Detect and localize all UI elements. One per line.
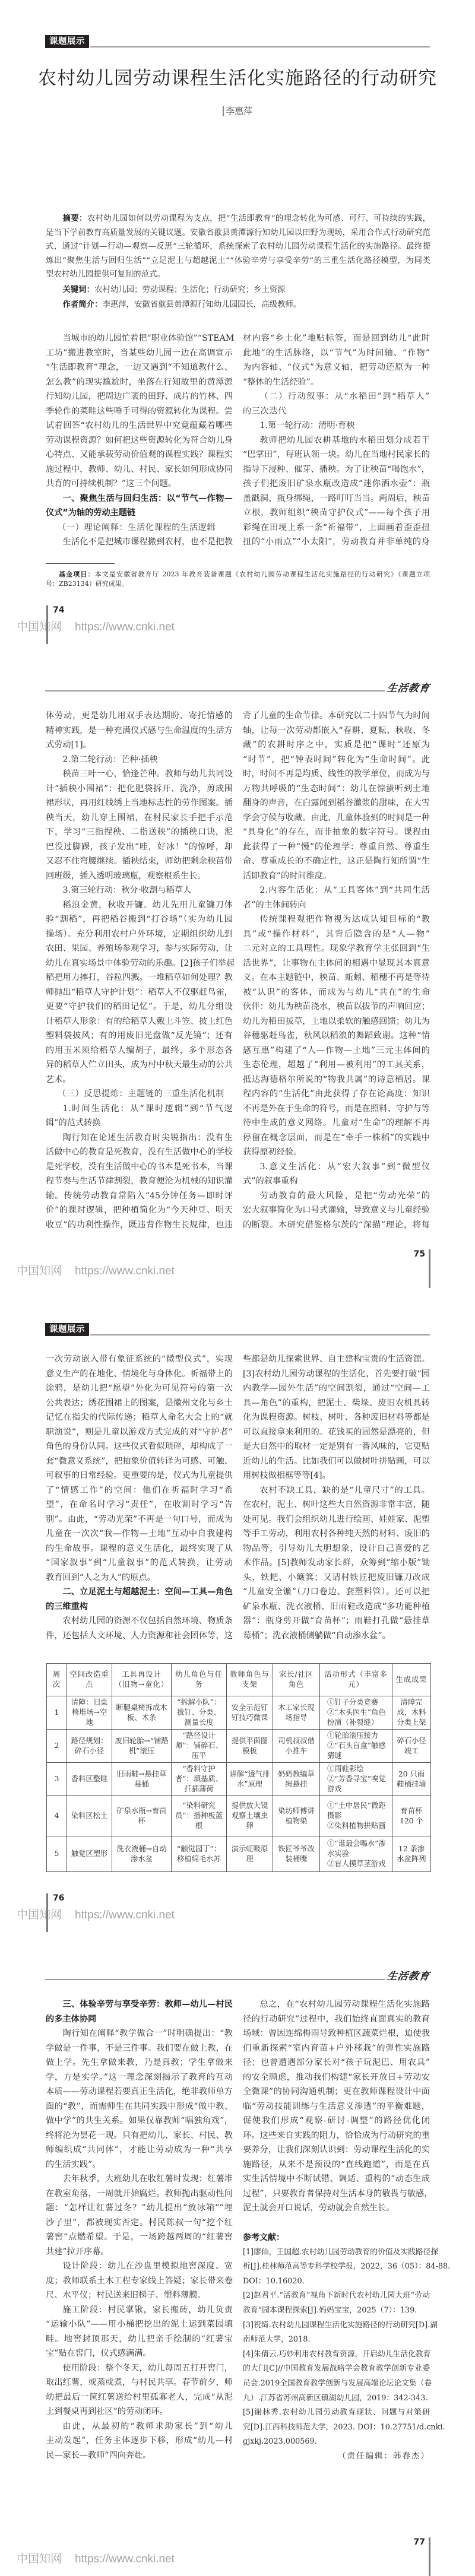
body-line: 近幼儿的生活。比如我们可以做树叶拼贴画，可以 bbox=[243, 1454, 430, 1469]
body-line: 农村不缺工具，缺的是“儿童尺寸”的工具。 bbox=[243, 1483, 430, 1498]
reference-line: 析[J].桂林师范高等专科学校学报，2022，36（05）：84-88. bbox=[243, 2260, 430, 2274]
body-line: 扭的“小雨点”“小太阳”，劳动教育并非单纯的身 bbox=[243, 535, 430, 550]
table-cell-space: 清障：旧桌椅堆场→空地 bbox=[67, 1696, 112, 1730]
table-cell-result: 育苗杯 120 个 bbox=[392, 1796, 431, 1836]
body-line: 计“插秧小围裙”：把化肥袋拆开、洗净，剪成围 bbox=[46, 782, 233, 797]
body-line: 职演说”，则是儿童以游戏方式完成的对“守护者” bbox=[46, 1425, 233, 1440]
references: 参考文献： [1]廖仙，王国超.农村幼儿园劳动教育的价值及实践路径探 析[J].… bbox=[243, 2231, 430, 2450]
watermark: 中国知网https://www.cnki.net bbox=[17, 1906, 175, 1922]
header-rule bbox=[45, 1979, 385, 1980]
table-cell-tool: 断腿桌椅拆成木板、木条 bbox=[112, 1696, 172, 1730]
table-cell-child-role: “香料守护者”：填基质、扦插薄荷 bbox=[172, 1763, 227, 1796]
body-line: 孩子们把废旧矿泉水瓶改造成“迷你洒水壶”：瓶 bbox=[243, 477, 430, 491]
reference-line: DOI：10.16020. bbox=[243, 2274, 430, 2289]
footnote-rule bbox=[46, 563, 115, 564]
header-rule bbox=[90, 1334, 430, 1335]
body-line: 共建”拉开序幕。 bbox=[46, 2245, 233, 2260]
body-line: 教师把幼儿园农耕基地的水稻田划分成若干 bbox=[243, 433, 430, 448]
activity-item: ②“木头医生”角色扮演（补裂缝） bbox=[322, 1708, 389, 1728]
body-line: 的安全顾虑，推动我们构建“家长开放日+劳动安 bbox=[243, 2070, 430, 2085]
body-line: 抵达海德格尔所说的“物我共属”的诗意栖居。课 bbox=[243, 1073, 430, 1087]
page-number: 75 bbox=[408, 1249, 425, 1259]
body-line: 主动发起”，任务主体逐步下移，形成“幼儿—村 bbox=[46, 2434, 233, 2448]
table-cell-space: 香料区整畦 bbox=[67, 1763, 112, 1796]
table-cell-community-role: 铁匠爷爷改装桶嘴 bbox=[273, 1836, 320, 1872]
table-cell-community-role: 司机叔叔借小推车 bbox=[273, 1730, 320, 1763]
activity-item: ②“石头盲盒”触感猜谜 bbox=[322, 1741, 389, 1761]
body-line: “国家叙事”到“儿童叙事”的范式转换，让劳动 bbox=[46, 1556, 233, 1571]
body-line: 尺、水平仪；村民送来旧梯子、塑料薄膜。 bbox=[46, 2288, 233, 2303]
footnote: 基金项目：本文是安徽省教育厅 2023 年教育装备课题《农村幼儿园劳动课程生活化… bbox=[46, 570, 430, 588]
body-line: 材内容“乡土化”地贴标签，而是回到幼儿“此时 bbox=[243, 331, 430, 346]
body-line: 幼儿为稻田拔草，土地以柔软的触感回馈；幼儿为 bbox=[243, 1014, 430, 1029]
page-77: 生活教育 三、体验辛劳与享受辛劳：教师—幼儿—村民 的多主体协同 陶行知在阐释“… bbox=[0, 1932, 475, 2576]
author-bio-text: 李惠萍，安徽省歙县黄潭源行知幼儿园园长，高级教师。 bbox=[102, 300, 301, 309]
body-line: 共育的可持续机制？”这三个问题。 bbox=[46, 477, 233, 491]
step-heading: 2.内容生活化：从“工具客体”到“共同生活 bbox=[243, 883, 430, 898]
body-line: 稻浪金黄，秋收开镰。幼儿先用儿童镰刀体 bbox=[46, 898, 233, 913]
body-line: 盖戳洞、瓶身绑绳，一路叮叮当当。两周后，秧苗 bbox=[243, 491, 430, 506]
body-line: 了“情感工作”的空间：他们在祈福时学习“希 bbox=[46, 1483, 233, 1498]
body-line: 题：“怎样让红薯过冬？”幼儿提出“放冰箱”“埋 bbox=[46, 2201, 233, 2216]
abstract-line: 炼出“聚焦生活与回归生活”“立足泥土与超越泥土”“体验辛劳与享受辛劳”的三重生活… bbox=[46, 254, 430, 268]
activity-item: ②染料植物拼贴画 bbox=[322, 1821, 389, 1831]
table-cell-teacher-role: 安全示范钉钉技巧微课 bbox=[227, 1696, 273, 1730]
table-cell-child-role: “路径设计师”：铺碎石、压平 bbox=[172, 1730, 227, 1763]
author-name: 李惠萍 bbox=[226, 106, 252, 116]
watermark: 中国知网https://www.cnki.net bbox=[17, 1262, 175, 1278]
body-line: “整体的生活经验”。 bbox=[243, 375, 430, 390]
table-header-activities: 活动形式（丰富多元） bbox=[320, 1664, 392, 1696]
body-line: “具身化”的存在，而非抽象的数字符号。课程由 bbox=[243, 825, 430, 840]
body-line: 学，方是实学。”这一理念深刻揭示了教育的互动 bbox=[46, 2070, 233, 2085]
reference-line: 南师范大学，2018. bbox=[243, 2333, 430, 2347]
table-cell-week: 5 bbox=[47, 1836, 67, 1872]
body-line: 环。这些来自实践的阻力，恰恰成为行动研究的重 bbox=[243, 2128, 430, 2143]
body-line: 具—角色”的重构，把泥土、柴垛、废旧农机具转 bbox=[243, 1396, 430, 1411]
body-line: 角色的身份认同。这些仪式看似琐碎，却构成了一 bbox=[46, 1439, 233, 1454]
body-line: “生活即教育”理念，一边又遇到“不知道教什么、 bbox=[46, 360, 233, 375]
abstract-line: 型农村幼儿园提供可复制的范式。 bbox=[46, 268, 430, 282]
body-line: [3]农村幼儿园劳动课程的生活化，首先要打破“园 bbox=[243, 1367, 430, 1382]
reference-line: gjxkj.2023.000569. bbox=[243, 2435, 430, 2450]
watermark-brand: 中国知网 bbox=[17, 620, 62, 633]
watermark-url: https://www.cnki.net bbox=[75, 1265, 175, 1277]
body-line: 具”或“操作材料”，其背后隐含的是“人—物” bbox=[243, 927, 430, 942]
abstract-label: 摘要： bbox=[63, 214, 87, 223]
reference-line: [2]赵君平.“活教育”视角下新时代农村幼儿园大班“劳动 bbox=[243, 2289, 430, 2304]
activity-item: ②盲人摸草茎游戏 bbox=[322, 1859, 389, 1869]
activity-item: ①“土中居民”微距摄影 bbox=[322, 1801, 389, 1821]
body-line: 使用阶段：整个冬天，幼儿每周五打开窖门， bbox=[46, 2361, 233, 2376]
body-line: 输。传统劳动教育常陷入“45分钟任务—即时评 bbox=[46, 1189, 233, 1204]
table-cell-space: 路径规划：碎石小径 bbox=[67, 1730, 112, 1763]
responsible-editor: （责任编辑：韩春杰） bbox=[243, 2449, 430, 2463]
table-header-tool: 工具再设计（旧物→童化） bbox=[112, 1664, 172, 1696]
column-tag: 课题展示 bbox=[45, 35, 89, 48]
weekly-plan-table: 周次 空间改造重点 工具再设计（旧物→童化） 幼儿角色与任务 教师角色与支架 家… bbox=[46, 1663, 431, 1872]
body-line: 儿童在一次次“我—作物—土地”互动中自我建构 bbox=[46, 1527, 233, 1541]
table-row: 5 触觉区塑形 洗衣液桶→自动渗水盆 “触觉园丁”：移植绵毛水苏 演示虹吸原理 … bbox=[47, 1836, 431, 1872]
table-cell-week: 3 bbox=[47, 1763, 67, 1796]
page-number-bar bbox=[429, 1249, 430, 1288]
body-line: 农村幼儿园的资源不仅包括自然环境、物质条 bbox=[46, 1614, 233, 1629]
body-line: 藏”的农耕时序之中，实质是把“课时”还原为 bbox=[243, 738, 430, 753]
table-cell-result: 碎石小径竣工 bbox=[392, 1730, 431, 1763]
step-heading: 3.意义生活化：从“宏大叙事”到“微型仪 bbox=[243, 1160, 430, 1175]
body-line: 时，时间不再是均质、线性的教学单位，而成为与 bbox=[243, 767, 430, 782]
body-line: 试着回答“农村幼儿的生活世界中究竟蕴藏着哪些 bbox=[46, 418, 233, 433]
body-line: 头、铁耙、小簸箕；又请村铁匠把废旧镰刀改成 bbox=[243, 1571, 430, 1585]
article-title: 农村幼儿园劳动课程生活化实施路径的行动研究 bbox=[36, 66, 439, 90]
body-line: 施过程中，教师、幼儿、村民、家长如何形成协同 bbox=[46, 462, 233, 477]
body-line: 去年秋季，大班幼儿在收红薯时发现：红薯堆 bbox=[46, 2172, 233, 2187]
body-line: 的生活实践”。 bbox=[46, 2158, 233, 2172]
body-line: 矿泉水瓶、洗衣液桶、旧雨鞋改造成“多功能种植 bbox=[243, 1600, 430, 1614]
body-line: 径的行动研究”过程中，我们始终直面真实的教育 bbox=[243, 2012, 430, 2027]
body-line: 陶行知在阐释“教学做合一”时明确提出：“教 bbox=[46, 2026, 233, 2041]
subsection-heading: （三）反思提炼：主题链的三重生活化机制 bbox=[46, 1087, 233, 1102]
body-line: 取出红薯，或蒸或煮，与村民共享。春节前夕，师 bbox=[46, 2375, 233, 2390]
body-line: 的用玉米须给稻草人编胡子，最终，多个形态各 bbox=[46, 1043, 233, 1058]
author-bio-label: 作者简介： bbox=[63, 300, 103, 309]
page-75: 生活教育 体劳动，更是幼儿用双手表达期盼、寄托情感的 精神实践，是一种充满仪式感… bbox=[0, 644, 475, 1288]
body-line: 可叙事的日常经验。更重要的是，仪式为儿童提供 bbox=[46, 1468, 233, 1483]
body-line: 别”。由此，“劳动光荣”不再是一句口号，而成为 bbox=[46, 1512, 233, 1527]
body-line: 薯窖”点燃希望。于是，一场跨越两周的“红薯窖 bbox=[46, 2230, 233, 2245]
body-line: 巴没过脚踝，孩子发出“哇，好冰！”的惊呼，却 bbox=[46, 840, 233, 855]
table-cell-community-role: 奶奶教编草绳悬挂 bbox=[273, 1763, 320, 1796]
page-76: 课题展示 一次劳动嵌入带有象征系统的“微型仪式”，实现 意义生产的在地化、情境化… bbox=[0, 1288, 475, 1932]
body-line: 背了儿童的生命节律。本研究以二十四节气为时间 bbox=[243, 709, 430, 724]
body-line: 在教室角落，一周就开始腐烂。教师抛出驱动性问 bbox=[46, 2187, 233, 2201]
activity-item: ①轮胎滚压接力 bbox=[322, 1731, 389, 1741]
reference-line: [5]谢林秀.农村幼儿园劳动教育现状、问题与对策研 bbox=[243, 2406, 430, 2420]
table-cell-tool: 废旧轮胎→“铺路机”滚压 bbox=[112, 1730, 172, 1763]
body-column-right: 材内容“乡土化”地贴标签，而是回到幼儿“此时 此地”的生活脉络，以“节气”为时间… bbox=[243, 331, 430, 550]
table-cell-teacher-role: 演示虹吸原理 bbox=[227, 1836, 273, 1872]
body-line: 伙伴：幼儿为秧苗浇水，秧苗以拔节的声响回应； bbox=[243, 1000, 430, 1014]
body-line: 轴，让每一次劳动都嵌入“春耕、夏耘、秋收、冬 bbox=[243, 724, 430, 738]
section-heading: 仪式”为轴的劳动主题链 bbox=[46, 506, 233, 521]
body-line: 艺术。 bbox=[46, 1073, 233, 1087]
body-line: 终将沦为昙花一现。只有把幼儿、家长、村民、教 bbox=[46, 2128, 233, 2143]
body-line: 被“认识”的客体，而成为与幼儿“共在”的生命 bbox=[243, 985, 430, 1000]
body-line: 万物共呼吸的“生态时间”：幼儿在惊蛰听到土地 bbox=[243, 782, 430, 797]
body-line: 秧苗三叶一心，恰逢芒种。教师与幼儿共同设 bbox=[46, 767, 233, 782]
body-line: 总之，在“农村幼儿园劳动课程生活化实施路 bbox=[243, 1997, 430, 2012]
step-heading: 式”的叙事重构 bbox=[243, 1174, 430, 1189]
table-cell-week: 2 bbox=[47, 1730, 67, 1763]
body-line: 土到餐桌再到社区”的劳动闭环。 bbox=[46, 2404, 233, 2419]
table-cell-result: 20 只雨鞋桶挂墙 bbox=[392, 1763, 431, 1796]
author-bar bbox=[223, 106, 224, 116]
watermark-url: https://www.cnki.net bbox=[75, 2553, 175, 2565]
reference-line: 员会.2019全国教育教学创新与发展高端论坛论文集（卷 bbox=[243, 2377, 430, 2391]
section-heading: 二、立足泥土与超越泥土：空间—工具—角色 bbox=[46, 1585, 233, 1600]
table-cell-community-role: 木工家长现场指导 bbox=[273, 1696, 320, 1730]
body-line: 活世界”，让事物在主体间的相遇中显现其本真意 bbox=[243, 956, 430, 971]
page-74: 课题展示 农村幼儿园劳动课程生活化实施路径的行动研究 李惠萍 摘要：农村幼儿园如… bbox=[0, 0, 475, 644]
body-line: 记忆在指尖的代际传递；稻草人命名大会上的“就 bbox=[46, 1410, 233, 1425]
body-line: 感互惠”构建了“人—作物—土地”三元主体间的 bbox=[243, 1043, 430, 1058]
activity-item: ②“芳香寻宝”嗅觉游戏 bbox=[322, 1774, 389, 1794]
journal-logo: 生活教育 bbox=[386, 1968, 431, 1982]
body-line: 劳动课程资源？如何把这些资源转化为符合幼儿身 bbox=[46, 433, 233, 448]
reference-line: 的大门[C]//中国教育发展战略学会教育教学创新专业委 bbox=[243, 2362, 430, 2377]
table-cell-teacher-role: 讲解“透气排水”原理 bbox=[227, 1763, 273, 1796]
body-line: 塑料袋披风；有的用废旧光盘做“反光镜”；还有 bbox=[46, 1029, 233, 1043]
table-cell-space: 染料区松土 bbox=[67, 1796, 112, 1836]
body-line: 劳动教育的最大风险，是把“劳动光荣”的 bbox=[243, 1189, 430, 1204]
body-line: 一次劳动嵌入带有象征系统的“微型仪式”，实现 bbox=[46, 1352, 233, 1367]
body-line: 待中生成的意义网络。儿童对“生命”的理解不再 bbox=[243, 1116, 430, 1131]
step-heading: 者”的主体间转向 bbox=[243, 898, 430, 913]
page-number: 76 bbox=[53, 1893, 64, 1903]
footnote-line: 号：ZB23134）研究成果。 bbox=[46, 579, 430, 589]
table-header-result: 生成成果 bbox=[392, 1664, 431, 1696]
keywords-text: 农村幼儿园；劳动课程；生活化；行动研究；乡土资源 bbox=[94, 285, 285, 294]
body-line: 度；教师联系土木工程专家线上答疑；家长带来卷 bbox=[46, 2274, 233, 2289]
body-line: 在农村，泥土、树叶这些大自然资源非常丰富，随 bbox=[243, 1498, 430, 1512]
body-line: 可以直接拿来利用的。花钱买的固然是漂亮的，但 bbox=[243, 1425, 430, 1440]
table-header-child-role: 幼儿角色与任务 bbox=[172, 1664, 227, 1696]
body-line: 陶行知在论述生活教育时尖锐指出：没有生 bbox=[46, 1131, 233, 1146]
body-line: 传统课程观把作物视为达成认知目标的“教 bbox=[243, 912, 430, 927]
body-line: 操场）。充分利用农村户外环境，定期组织幼儿到 bbox=[46, 927, 233, 942]
table-cell-tool: 矿泉水瓶→育苗杯 bbox=[112, 1796, 172, 1836]
body-line: 做上学。先生拿做来教，乃是真教；学生拿做来 bbox=[46, 2055, 233, 2070]
body-line: 当城市的幼儿园忙着把“职业体验馆”“STEAM bbox=[46, 331, 233, 346]
watermark-brand: 中国知网 bbox=[17, 2552, 62, 2565]
reference-line: 九）.江苏省苏州高新区镇湖幼儿园，2019：342-343. bbox=[243, 2391, 430, 2406]
abstract: 摘要：农村幼儿园如何以劳动课程为支点，把“生活即教育”的理念转化为可感、可行、可… bbox=[46, 212, 430, 282]
body-line: 学会守候与收藏。由此，儿童体验到的时间是一种 bbox=[243, 811, 430, 826]
body-line: 行知幼儿园，把周边广袤的田野、成片的竹林、四 bbox=[46, 389, 233, 404]
table-cell-activities: ①轮胎滚压接力②“石头盲盒”触感猜谜 bbox=[320, 1730, 392, 1763]
body-line: 师抛出“稻草人守护计划”：稻草人不仅驱赶鸟雀， bbox=[46, 985, 233, 1000]
footnote-text: 本文是安徽省教育厅 2023 年教育装备课题《农村幼儿园劳动课程生活化实施路径的… bbox=[95, 570, 430, 578]
body-line: 的生命故事。课程的意义生活化，最终实现了从 bbox=[46, 1541, 233, 1556]
body-line: 停留在概念层面，而是在“牵手一株稻”的实践中 bbox=[243, 1131, 430, 1146]
table-header-teacher-role: 教师角色与支架 bbox=[227, 1664, 273, 1696]
body-line: 要养分，让我们深刻认识到：劳动课程生活化的实 bbox=[243, 2143, 430, 2158]
subsection-heading: 的三次迭代 bbox=[243, 404, 430, 419]
table-row: 2 路径规划：碎石小径 废旧轮胎→“铺路机”滚压 “路径设计师”：铺碎石、压平 … bbox=[47, 1730, 431, 1763]
body-line: 计稻草人形象：有的给稻草人戴上斗笠、披上红色 bbox=[46, 1014, 233, 1029]
body-line: 由此，从最初的“教师求助家长”到“幼儿 bbox=[46, 2419, 233, 2434]
body-line: 稻把用力摔打，谷粒四溅。一堆稻草如何处理？教 bbox=[46, 970, 233, 985]
body-line: 程节奏与生活节律割裂，教育便沦为机械的知识灌 bbox=[46, 1174, 233, 1189]
section-heading: 三、体验辛劳与享受辛劳：教师—幼儿—村民 bbox=[46, 1997, 233, 2012]
table-header-community-role: 家长/社区角色 bbox=[273, 1664, 320, 1696]
abstract-line: 摘要：农村幼儿园如何以劳动课程为支点，把“生活即教育”的理念转化为可感、可行、可… bbox=[46, 212, 430, 226]
body-line: 器”：瓶身剪开做“育苗杯”；雨鞋打孔做“悬挂草 bbox=[243, 1614, 430, 1629]
body-line: 们重新探索“室内育苗+户外移栽”的弹性实施路 bbox=[243, 2041, 430, 2056]
watermark: 中国知网https://www.cnki.net bbox=[17, 618, 175, 634]
table-header-row: 周次 空间改造重点 工具再设计（旧物→童化） 幼儿角色与任务 教师角色与支架 家… bbox=[47, 1664, 431, 1696]
body-line: 二元对立的工具理性。现象学教育学主张回到“生 bbox=[243, 941, 430, 956]
table-cell-activities: ①“谁最会喝水”渗水实验②盲人摸草茎游戏 bbox=[320, 1836, 392, 1872]
body-line: 此地”的生活脉络，以“节气”为时间轴、“作物” bbox=[243, 346, 430, 361]
header-rule bbox=[90, 46, 430, 47]
step-heading: 2.第二轮行动：芒种·插秧 bbox=[46, 753, 233, 767]
table-cell-activities: ①雨鞋彩绘②“芳香寻宝”嗅觉游戏 bbox=[320, 1763, 392, 1796]
table-cell-tool: 旧雨鞋→悬挂草莓桶 bbox=[112, 1763, 172, 1796]
abstract-line: 式，通过“计划—行动—观察—反思”三轮循环，系统探索了农村幼儿园劳动课程生活化的… bbox=[46, 240, 430, 254]
body-line: 彩绳在田埂上系一条“祈福带”，上面画着歪歪扭 bbox=[243, 521, 430, 535]
body-line: 获得原初经验。 bbox=[243, 1145, 430, 1160]
activity-item: ①雨鞋彩绘 bbox=[322, 1764, 389, 1774]
body-line: 生活化不是把城市课程搬到农村，也不是把教 bbox=[46, 535, 233, 550]
footnote-label: 基金项目： bbox=[59, 570, 95, 578]
body-line: 涂鸦，是幼儿把“愿望”外化为可见符号的第一次 bbox=[46, 1381, 233, 1396]
section-heading: 的三维重构 bbox=[46, 1600, 233, 1614]
reference-line: [1]廖仙，王国超.农村幼儿园劳动教育的价值及实践路径探 bbox=[243, 2245, 430, 2260]
references-title: 参考文献： bbox=[243, 2231, 430, 2245]
page-number: 77 bbox=[408, 2537, 425, 2547]
body-line: “儿童安全镰”（刀口卷边、套塑料管）。还可以把 bbox=[243, 1585, 430, 1600]
body-line: 望”，在命名时学习“责任”，在收割时学习“告 bbox=[46, 1498, 233, 1512]
column-tag: 课题展示 bbox=[45, 1323, 89, 1336]
body-line: 意义生产的在地化、情境化与身体化。祈福带上的 bbox=[46, 1367, 233, 1382]
table-row: 1 清障：旧桌椅堆场→空地 断腿桌椅拆成木板、木条 “拆解小队”：拔钉、分类、测… bbox=[47, 1696, 431, 1730]
body-line: “时节”，把“钟表时间”转化为“生命时间”。此 bbox=[243, 753, 430, 767]
table-cell-community-role: 染坊师傅讲植物染 bbox=[273, 1796, 320, 1836]
body-line: 件，还包括人文环境、人力资源和社会团体等，这 bbox=[46, 1629, 233, 1644]
body-line: 异的稻草人伫立田头，成为村中秋天最生动的公共 bbox=[46, 1058, 233, 1073]
table-cell-space: 触觉区塑形 bbox=[67, 1836, 112, 1872]
body-line: 翻身的声音，在白露闻到稻谷灌浆的甜味，在大雪 bbox=[243, 796, 430, 811]
body-line: 做中学”的共生关系。如果仅靠教师“唱独角戏”， bbox=[46, 2114, 233, 2128]
body-line: 工坊”搬进教室时，当某些幼儿园一边在高调宣示 bbox=[46, 346, 233, 361]
keywords-line: 关键词：农村幼儿园；劳动课程；生活化；行动研究；乡土资源 bbox=[46, 283, 430, 297]
body-line: 宏大叙事简化为口号式灌输，导致意义与儿童经验 bbox=[243, 1203, 430, 1218]
reference-line: [4]朱倩云.巧妙利用农村教育资源，开启幼儿生活化教育 bbox=[243, 2347, 430, 2362]
body-line: 谷穗驱赶鸟雀，秋风以稻浪的舞蹈致谢。这种“情 bbox=[243, 1029, 430, 1043]
journal-logo: 生活教育 bbox=[386, 680, 431, 694]
body-line: 民—家长—教师”四向奔赴。 bbox=[46, 2448, 233, 2463]
body-line: 秧当天，幼儿穿上围裙，在村民家长手把手示范 bbox=[46, 811, 233, 826]
body-line: 下，学习“三指捏秧、二指送秧”的插秧口诀，泥 bbox=[46, 825, 233, 840]
table-cell-teacher-role: 提供放大镜观察土壤虫卵 bbox=[227, 1796, 273, 1836]
section-heading: 的多主体协同 bbox=[46, 2012, 233, 2027]
body-line: 套“微意义系统”，把抽象价值转译为可感、可触、 bbox=[46, 1454, 233, 1469]
reference-line: 究[D].江西科技师范大学，2023. DOI：10.27751/d.cnki. bbox=[243, 2420, 430, 2435]
body-column-right: 总之，在“农村幼儿园劳动课程生活化实施路 径的行动研究”过程中，我们始终直面真实… bbox=[243, 1997, 430, 2216]
body-line: 促使我们形成“观察-研讨-调整”的路径优化闭 bbox=[243, 2114, 430, 2128]
watermark-url: https://www.cnki.net bbox=[75, 621, 175, 633]
body-line: 沙子里”，都被现实否定。村民陈叔一句“挖个红 bbox=[46, 2216, 233, 2231]
body-line: 精神实践，是一种充满仪式感与生命温度的生活方 bbox=[46, 724, 233, 738]
footnote-line: 基金项目：本文是安徽省教育厅 2023 年教育装备课题《农村幼儿园劳动课程生活化… bbox=[46, 570, 430, 579]
table-cell-tool: 洗衣液桶→自动渗水盆 bbox=[112, 1836, 172, 1872]
page-number: 74 bbox=[53, 605, 64, 615]
body-line: 农田、果园、养殖场参观学习，参与实际劳动，让 bbox=[46, 941, 233, 956]
table-cell-week: 4 bbox=[47, 1796, 67, 1836]
body-line: 内教学—园外生活”的空间割裂，通过“空间—工 bbox=[243, 1381, 430, 1396]
activity-item: ①钉子分类竞赛 bbox=[322, 1698, 389, 1708]
body-line: 些都是幼儿探索世界、自主建构宝贵的生活资源。 bbox=[243, 1352, 430, 1367]
table-cell-child-role: “染料研究员”：播种板蓝根 bbox=[172, 1796, 227, 1836]
body-line: 式劳动[1]。 bbox=[46, 738, 233, 753]
table-header-space: 空间改造重点 bbox=[67, 1664, 112, 1696]
abstract-text: 农村幼儿园如何以劳动课程为支点，把“生活即教育”的理念转化为可感、可行、可持续的… bbox=[87, 214, 430, 223]
keywords-label: 关键词： bbox=[63, 285, 95, 294]
body-line: 回班级，插入透明玻璃瓶，观察根系生长。 bbox=[46, 869, 233, 884]
body-line: 又忍不住弯腰继续。插秧结束，师幼把剩余秧苗带 bbox=[46, 854, 233, 869]
body-column-left: 体劳动，更是幼儿用双手表达期盼、寄托情感的 精神实践，是一种充满仪式感与生命温度… bbox=[46, 709, 233, 1232]
body-line: 临“劳动技能训练与生活意义渗透”的平衡难题， bbox=[243, 2099, 430, 2114]
watermark: 中国知网https://www.cnki.net bbox=[17, 2550, 175, 2566]
body-line: 本质——劳动课程若要真正生活化，绝非教师单方 bbox=[46, 2085, 233, 2099]
table-row: 4 染料区松土 矿泉水瓶→育苗杯 “染料研究员”：播种板蓝根 提供放大镜观察土壤… bbox=[47, 1796, 431, 1836]
body-line: 季轮作的菜畦这些唾手可得的资源转化为课程。尝 bbox=[46, 404, 233, 419]
body-line: 的断裂。本研究借鉴格尔茨的“深描”理论，将每 bbox=[243, 1218, 430, 1233]
body-column-right: 些都是幼儿探索世界、自主建构宝贵的生活资源。 [3]农村幼儿园劳动课程的生活化，… bbox=[243, 1352, 430, 1643]
header-rule bbox=[45, 690, 385, 691]
step-heading: 1.时间生活化：从“课时逻辑”到“节气逻 bbox=[46, 1102, 233, 1116]
table-cell-week: 1 bbox=[47, 1696, 67, 1730]
body-line: 不再是外在于生命的符号，而是在照料、守护与等 bbox=[243, 1102, 430, 1116]
reference-line: [3]祝绮.农村幼儿园课程生活化实施路径的行动研究[D].湖 bbox=[243, 2318, 430, 2333]
body-line: 公共表达；绣花围裙上的图案，是徽州文化与乡土 bbox=[46, 1396, 233, 1411]
subsection-heading: （一）理论阐释：生活化课程的生活逻辑 bbox=[46, 521, 233, 535]
step-heading: 3.第三轮行动：秋分·收割与稻草人 bbox=[46, 883, 233, 898]
body-line: 验“割稻”，再把稻谷搬到“打谷场”（实为幼儿园 bbox=[46, 912, 233, 927]
body-line: 莓桶”；洗衣液桶侧躺做“自动渗水盆”。 bbox=[243, 1629, 430, 1644]
body-line: 处可见。我们会组织幼儿进行绘画、娃娃家、泥塑 bbox=[243, 1512, 430, 1527]
body-line: 幼儿在真实场景中体验劳动的乐趣。[2]孩子们举起 bbox=[46, 956, 233, 971]
body-line: 立根，教师组织“秧苗守护仪式”——每个孩子用 bbox=[243, 506, 430, 521]
body-line: 全微课”的协同沟通机制；更在教师课程设计中面 bbox=[243, 2085, 430, 2099]
body-column-right: 背了儿童的生命节律。本研究以二十四节气为时间 轴，让每一次劳动都嵌入“春耕、夏耘… bbox=[243, 709, 430, 1232]
body-line: 师编织成“共同体”，才能让劳动成为一种“共享 bbox=[46, 2143, 233, 2158]
table-cell-activities: ①“土中居民”微距摄影②染料植物拼贴画 bbox=[320, 1796, 392, 1836]
body-line: 命、尊重成长的不确定性，这正是陶行知所谓“生 bbox=[243, 854, 430, 869]
body-line: 过程”，只要教育者保持对生活本身的敬畏与敏感， bbox=[243, 2187, 430, 2201]
watermark-brand: 中国知网 bbox=[17, 1908, 62, 1921]
table-cell-child-role: “拆解小队”：拔钉、分类、测量长度 bbox=[172, 1696, 227, 1730]
body-line: 畦。地窖封顶那天，幼儿把亲手绘制的“红薯宝 bbox=[46, 2332, 233, 2347]
body-line: 用树枝做相框等等[4]。 bbox=[243, 1468, 430, 1483]
body-line: 施路径，从来不是预设的“直线跑道”，而是在真 bbox=[243, 2158, 430, 2172]
body-line: 术作品。[5]教师发动家长群，众筹到“缩小版”锄 bbox=[243, 1556, 430, 1571]
body-column-left: 当城市的幼儿园忙着把“职业体验馆”“STEAM 工坊”搬进教室时，当某些幼儿园一… bbox=[46, 331, 233, 550]
body-line: 是大自然中的取材一定是别有一番风味的，它更贴 bbox=[243, 1439, 430, 1454]
body-line: 化为课程资源。树枝、树叶、各种废旧材料等都是 bbox=[243, 1410, 430, 1425]
body-column-left: 一次劳动嵌入带有象征系统的“微型仪式”，实现 意义生产的在地化、情境化与身体化。… bbox=[46, 1352, 233, 1643]
body-line: 价”的课时逻辑，把种植简化为“今天种豆、明天 bbox=[46, 1203, 233, 1218]
body-line: 义。在本主题链中，秧苗、蚯蚓、稻穗不再是等待 bbox=[243, 970, 430, 985]
body-line: 程内容的“生活化”由此获得了存在论高度：知识 bbox=[243, 1087, 430, 1102]
body-line: 幼把最后一筐红薯送给村里孤寡老人，完成“从泥 bbox=[46, 2390, 233, 2405]
body-line: 等手工劳动，利用农村各种纯天然的材料、废旧的 bbox=[243, 1527, 430, 1541]
body-line: 物品等，引导幼儿大胆想象，设计自己喜爱的艺 bbox=[243, 1541, 430, 1556]
body-line: 指导下浸种、催芽、播秧。为了让秧苗“喝饱水”， bbox=[243, 462, 430, 477]
author-line: 李惠萍 bbox=[0, 104, 475, 118]
activity-item: ①“谁最会喝水”渗水实验 bbox=[322, 1839, 389, 1859]
body-line: 此获得了一种“慢”的伦理学：尊重自然、尊重生 bbox=[243, 840, 430, 855]
section-heading: 一、聚焦生活与回归生活：以“节气—作物— bbox=[46, 491, 233, 506]
table-cell-teacher-role: 提供平面图模板 bbox=[227, 1730, 273, 1763]
table-row: 3 香料区整畦 旧雨鞋→悬挂草莓桶 “香料守护者”：填基质、扦插薄荷 讲解“透气… bbox=[47, 1763, 431, 1796]
table-cell-result: 清障完成，木料分类上架 bbox=[392, 1696, 431, 1730]
body-line: 面的“教”，而需师生在共同实践中形成“做中教、 bbox=[46, 2099, 233, 2114]
body-line: “巴掌田”，每班认领一块。幼儿在当地村民家长的 bbox=[243, 448, 430, 462]
body-line: “运输小队”——用小桶把挖出的泥土运到菜园填 bbox=[46, 2317, 233, 2332]
body-line: 径；也曾遭遇部分家长对“孩子玩泥巴、用农具” bbox=[243, 2055, 430, 2070]
